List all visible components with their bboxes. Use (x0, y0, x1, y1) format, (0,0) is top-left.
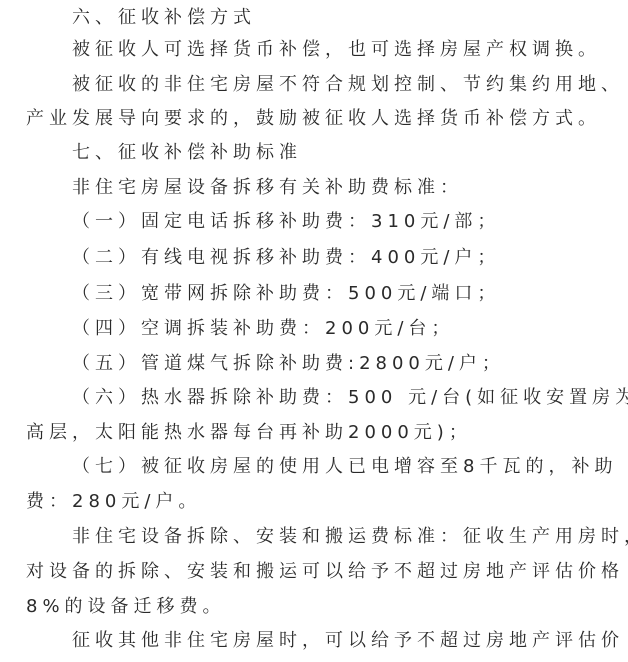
paragraph-line: 被征收的非住宅房屋不符合规划控制、节约集约用地、 (72, 67, 624, 103)
section-heading-compensation-method: 六、征收补偿方式 (72, 0, 256, 36)
paragraph-line: 非住宅设备拆除、安装和搬运费标准：征收生产用房时， (72, 519, 628, 555)
paragraph-line: 对设备的拆除、安装和搬运可以给予不超过房地产评估价格 (26, 554, 624, 590)
list-item: （七）被征收房屋的使用人已电增容至8千瓦的，补助 (72, 449, 617, 485)
paragraph-line: 征收其他非住宅房屋时，可以给予不超过房地产评估价 (72, 623, 624, 659)
paragraph-line: 被征收人可选择货币补偿，也可选择房屋产权调换。 (72, 32, 601, 68)
section-heading-subsidy-standards: 七、征收补偿补助标准 (72, 135, 302, 171)
paragraph-line: 非住宅房屋设备拆移有关补助费标准： (72, 170, 463, 206)
paragraph-line: 产业发展导向要求的，鼓励被征收人选择货币补偿方式。 (26, 101, 601, 137)
list-item: （四）空调拆装补助费：200元/台； (72, 311, 454, 347)
list-item: （五）管道煤气拆除补助费:2800元/户； (72, 346, 505, 382)
paragraph-line: 8%的设备迁移费。 (26, 589, 226, 625)
list-item-continuation: 高层，太阳能热水器每台再补助2000元)； (26, 415, 472, 451)
list-item: （三）宽带网拆除补助费：500元/端口； (72, 276, 500, 312)
list-item: （六）热水器拆除补助费：500 元/台(如征收安置房为 (72, 380, 628, 416)
list-item: （二）有线电视拆移补助费：400元/户； (72, 240, 500, 276)
list-item-continuation: 费：280元/户。 (26, 484, 201, 520)
list-item: （一）固定电话拆移补助费：310元/部； (72, 204, 500, 240)
